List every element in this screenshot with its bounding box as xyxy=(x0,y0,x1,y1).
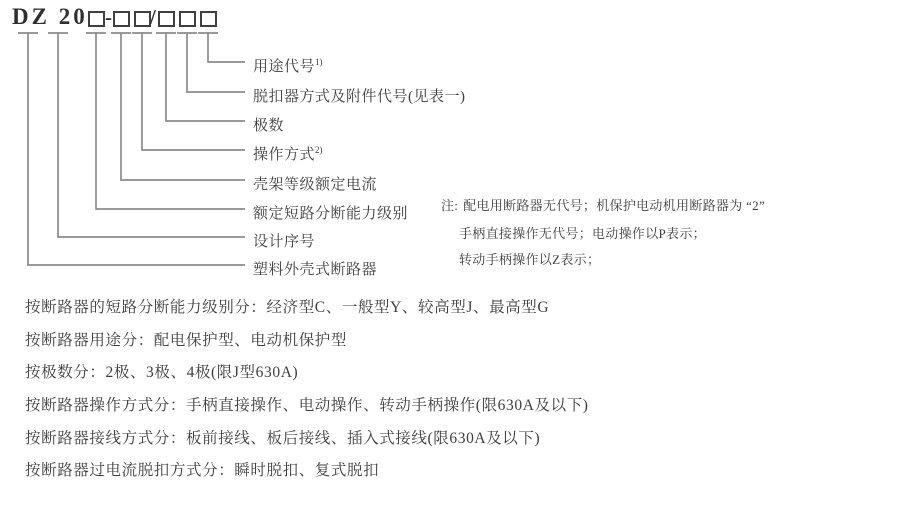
classification-operation-mode: 按断路器操作方式分：手柄直接操作、电动操作、转动手柄操作(限630A及以下) xyxy=(25,396,589,415)
label-text: 壳架等级额定电流 xyxy=(253,177,377,193)
label-text: 脱扣器方式及附件代号(见表一) xyxy=(253,89,466,105)
classification-wiring-mode: 按断路器接线方式分：板前接线、板后接线、插入式接线(限630A及以下) xyxy=(25,429,540,448)
label-text: 极数 xyxy=(253,118,284,134)
label-text: 设计序号 xyxy=(253,234,315,250)
callout-label-operation-mode: 操作方式2) xyxy=(253,140,323,165)
callout-lines xyxy=(0,0,760,290)
note-line-3: 转动手柄操作以Z表示； xyxy=(459,251,600,268)
label-superscript: 1) xyxy=(315,57,323,67)
lead-poles xyxy=(166,33,245,121)
label-text: 塑料外壳式断路器 xyxy=(253,262,377,278)
label-text: 操作方式 xyxy=(253,147,315,163)
note-line-2: 手柄直接操作无代号；电动操作以P表示； xyxy=(459,225,706,242)
classification-overcurrent-release: 按断路器过电流脱扣方式分：瞬时脱扣、复式脱扣 xyxy=(25,461,379,480)
callout-label-design-serial: 设计序号 xyxy=(253,227,315,252)
callout-label-release-code: 脱扣器方式及附件代号(见表一) xyxy=(253,82,466,107)
callout-label-usage-code: 用途代号1) xyxy=(253,52,323,77)
lead-frame-current xyxy=(121,33,245,180)
label-text: 用途代号 xyxy=(253,59,315,75)
callout-label-mccb: 塑料外壳式断路器 xyxy=(253,255,377,280)
callout-label-frame-current: 壳架等级额定电流 xyxy=(253,170,377,195)
callout-label-breaking-capacity: 额定短路分断能力级别 xyxy=(253,199,408,224)
callout-label-poles: 极数 xyxy=(253,111,284,136)
lead-mccb xyxy=(28,33,245,265)
classification-usage: 按断路器用途分：配电保护型、电动机保护型 xyxy=(25,331,347,350)
note-text: 配电用断路器无代号；机保护电动机用断路器为 “2” xyxy=(463,198,765,213)
classification-breaking-capacity: 按断路器的短路分断能力级别分：经济型C、一般型Y、较高型J、最高型G xyxy=(25,298,549,317)
label-text: 额定短路分断能力级别 xyxy=(253,206,408,222)
note-line-1: 注:配电用断路器无代号；机保护电动机用断路器为 “2” xyxy=(441,197,765,214)
model-designation-document: DZ 20 - / 用途代号1) 脱扣器方式及 xyxy=(0,0,911,506)
lead-design-serial xyxy=(58,33,245,237)
classification-poles: 按极数分：2极、3极、4极(限J型630A) xyxy=(25,363,298,382)
note-label: 注: xyxy=(441,198,458,213)
label-superscript: 2) xyxy=(315,145,323,155)
lead-usage-code xyxy=(208,33,245,62)
